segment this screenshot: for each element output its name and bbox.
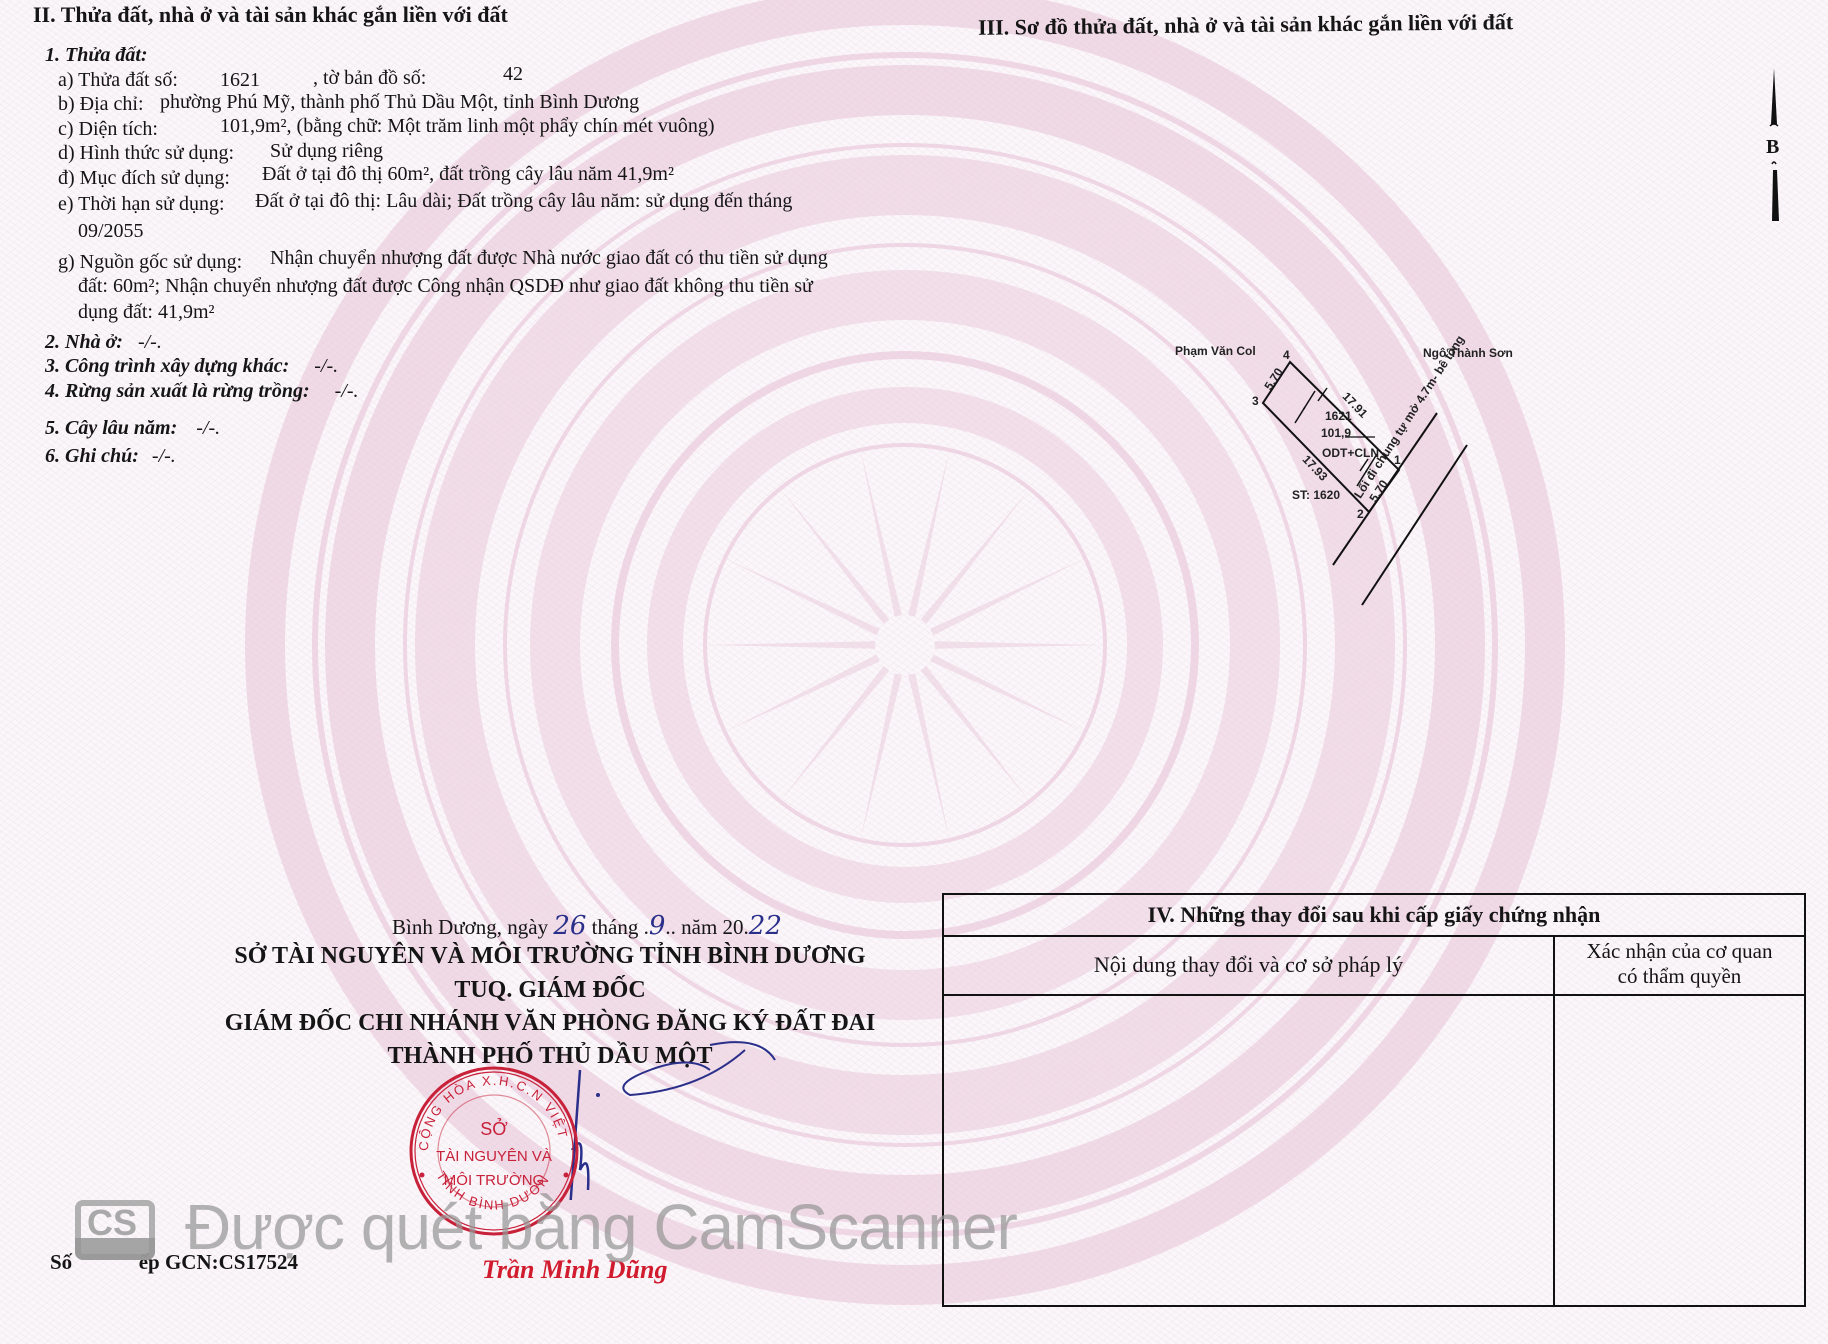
date-year-prefix: năm 20	[681, 915, 743, 939]
col-confirmation-header-line1: Xác nhận của cơ quan	[1555, 939, 1804, 964]
parcel-land-use-label: ODT+CLN	[1322, 446, 1379, 460]
col-confirmation-header-line2: có thẩm quyền	[1555, 964, 1804, 989]
authority-org: SỞ TÀI NGUYÊN VÀ MÔI TRƯỜNG TỈNH BÌNH DƯ…	[220, 943, 880, 970]
changes-table-header: Nội dung thay đổi và cơ sở pháp lý Xác n…	[944, 935, 1804, 996]
vertex-2: 2	[1357, 507, 1364, 521]
svg-text:TÀI NGUYÊN VÀ: TÀI NGUYÊN VÀ	[436, 1148, 552, 1165]
column-divider	[1553, 935, 1555, 1305]
date-month: 9	[649, 911, 666, 941]
svg-text:MÔI TRƯỜNG: MÔI TRƯỜNG	[444, 1172, 544, 1189]
issue-date-line: Bình Dương, ngày 26 tháng .9.. năm 20.22	[392, 911, 782, 941]
svg-text:SỞ: SỞ	[480, 1118, 508, 1139]
neighbor-northwest-label: Phạm Văn Col	[1175, 344, 1256, 358]
date-year: 22	[749, 911, 782, 941]
camscanner-logo-icon: CS	[75, 1200, 155, 1260]
parcel-number-label: 1621	[1325, 409, 1352, 423]
date-day: 26	[553, 911, 586, 941]
vertex-4: 4	[1283, 348, 1290, 362]
vertex-1: 1	[1394, 453, 1401, 467]
col-change-content-header: Nội dung thay đổi và cơ sở pháp lý	[944, 935, 1553, 994]
camscanner-watermark: Được quét bằng CamScanner	[185, 1190, 1017, 1264]
authority-tuq: TUQ. GIÁM ĐỐC	[220, 977, 880, 1004]
handwritten-signature	[560, 1030, 790, 1200]
date-month-prefix: tháng	[592, 915, 639, 939]
col-confirmation-header: Xác nhận của cơ quan có thẩm quyền	[1555, 939, 1804, 989]
vertex-3: 3	[1252, 394, 1259, 408]
registry-prefix: Số	[50, 1250, 72, 1274]
parcel-area-label: 101,9	[1321, 426, 1351, 440]
neighbor-south-label: ST: 1620	[1292, 488, 1340, 502]
changes-table-title: IV. Những thay đổi sau khi cấp giấy chứn…	[944, 895, 1804, 937]
changes-table: IV. Những thay đổi sau khi cấp giấy chứn…	[942, 893, 1806, 1307]
neighbor-northeast-label: Ngô Thành Sơn	[1423, 346, 1513, 360]
date-prefix: Bình Dương, ngày	[392, 915, 548, 939]
